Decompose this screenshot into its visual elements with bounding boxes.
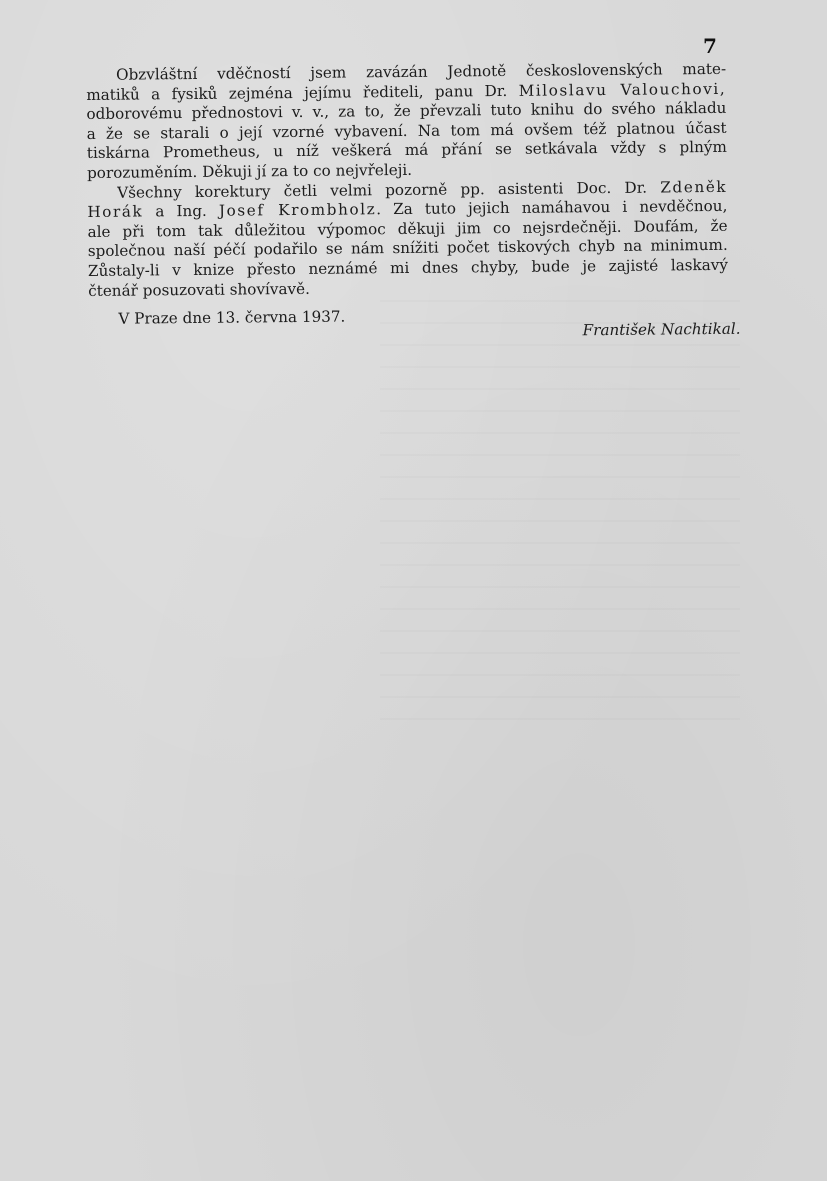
text-span: . Za tuto jejich namáhavou i nevděčnou, <box>376 197 727 218</box>
author-signature: František Nachtikal. <box>583 320 741 341</box>
text-span: matiků a fysiků zejména jejímu řediteli,… <box>86 81 519 103</box>
paragraph-acknowledgement-proofreaders: Všechny korektury četli velmi pozorně pp… <box>87 177 728 301</box>
person-name: Miloslavu Valouchovi, <box>519 79 727 99</box>
person-name: Josef Krombholz <box>219 200 377 220</box>
text-span: čtenář posuzovati shovívavě. <box>88 279 310 299</box>
person-name: Zdeněk <box>660 177 727 196</box>
text-span: a Ing. <box>143 202 219 221</box>
person-name: Horák <box>87 203 143 222</box>
page-number: 7 <box>703 34 717 58</box>
paragraph-acknowledgement-publisher: Obzvláštní vděčností jsem zavázán Jednot… <box>86 60 727 184</box>
text-span: porozuměním. Děkuji jí za to co nejvřele… <box>87 161 412 182</box>
preface-body: Obzvláštní vděčností jsem zavázán Jednot… <box>86 60 728 301</box>
bleed-through-texture <box>380 300 740 720</box>
date-line: V Praze dne 13. června 1937. <box>118 308 345 330</box>
scanned-page: 7 Obzvláštní vděčností jsem zavázán Jedn… <box>0 0 827 1181</box>
